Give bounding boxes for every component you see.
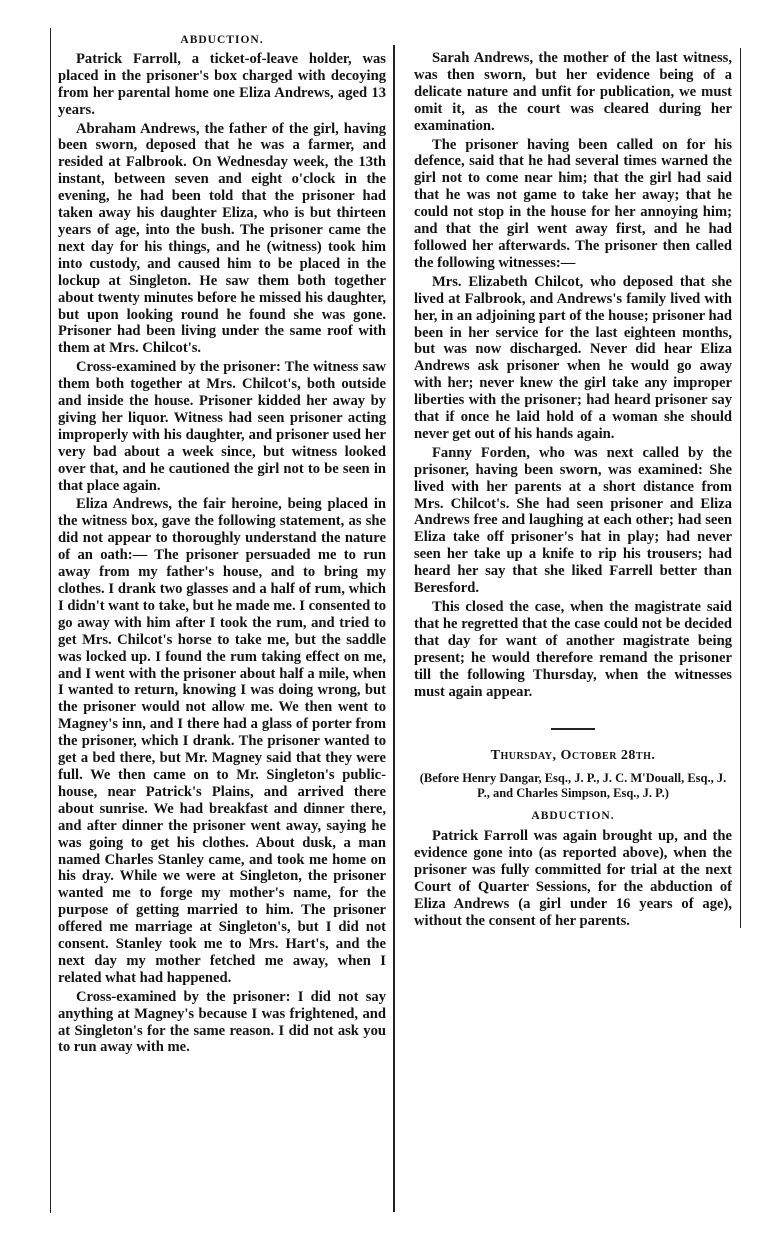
article-paragraph: Eliza Andrews, the fair heroine, being p… bbox=[58, 496, 386, 986]
date-heading: Thursday, October 28th. bbox=[414, 748, 732, 765]
article-paragraph: This closed the case, when the magistrat… bbox=[414, 599, 732, 700]
section-heading: ABDUCTION. bbox=[414, 808, 732, 825]
magistrates-line: (Before Henry Dangar, Esq., J. P., J. C.… bbox=[414, 771, 732, 801]
article-paragraph: Fanny Forden, who was next called by the… bbox=[414, 445, 732, 597]
right-column: Sarah Andrews, the mother of the last wi… bbox=[414, 50, 732, 930]
column-rule-right bbox=[740, 48, 741, 928]
section-divider bbox=[551, 728, 595, 730]
newspaper-page: ABDUCTION. Patrick Farroll, a ticket-of-… bbox=[0, 0, 760, 1245]
column-rule-middle bbox=[393, 45, 395, 1212]
article-paragraph: Abraham Andrews, the father of the girl,… bbox=[58, 121, 386, 358]
section-heading: ABDUCTION. bbox=[58, 32, 386, 49]
article-paragraph: Patrick Farroll, a ticket-of-leave holde… bbox=[58, 51, 386, 119]
article-paragraph: Cross-examined by the prisoner: The witn… bbox=[58, 359, 386, 494]
article-paragraph: The prisoner having been called on for h… bbox=[414, 137, 732, 272]
left-column: ABDUCTION. Patrick Farroll, a ticket-of-… bbox=[58, 32, 386, 1056]
article-paragraph: Sarah Andrews, the mother of the last wi… bbox=[414, 50, 732, 135]
article-paragraph: Cross-examined by the prisoner: I did no… bbox=[58, 989, 386, 1057]
column-rule-left bbox=[50, 28, 51, 1213]
article-paragraph: Patrick Farroll was again brought up, an… bbox=[414, 828, 732, 929]
article-paragraph: Mrs. Elizabeth Chilcot, who deposed that… bbox=[414, 274, 732, 443]
